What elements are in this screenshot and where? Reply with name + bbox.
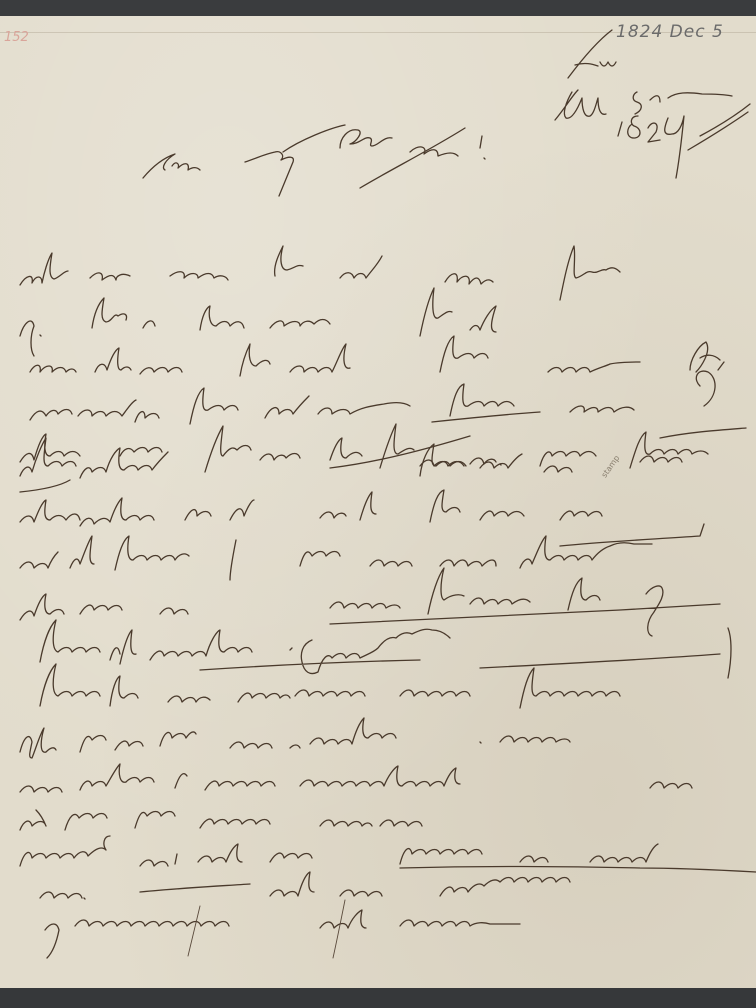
header-date: 5ten Decemb.	[636, 86, 756, 107]
body-line: ich entgegensehend die sie erhalten	[45, 930, 376, 951]
body-line: Ehrenwort, daß nicht geschrieben u. gesc…	[20, 878, 459, 899]
body-line: ich glaube dies als Summe mit dieser	[20, 812, 362, 833]
header-year: 1824	[616, 116, 662, 137]
body-line: auch nicht schon jetzt denn mir etwas ab…	[20, 548, 472, 569]
body-line: von ihnen von mündlichen erhalten Sie	[20, 598, 378, 619]
body-line: schreiben. Abschriften, (auch Beilagen)	[40, 640, 402, 661]
body-line: Zeigend eilig, indem ihn ohnehin bei ein…	[20, 352, 417, 373]
body-line: nicht geschrieben. Es war mir ein Vergnü…	[20, 458, 434, 479]
body-line: sobald Sie aber diese meiner Freunde	[40, 686, 388, 707]
body-line: Mitverwaltungen geschickt hatten zu den …	[20, 398, 516, 419]
body-line: bei Brief ad Congr. vollständig u. wenn	[20, 730, 376, 751]
body-line: die Sache deshalb als ich von ihnen	[20, 502, 346, 523]
body-line: diese sehr werden Sie zweite ganz früher	[20, 258, 400, 279]
body-line: bei Brief ad Congr. abgegeben, schon sie	[20, 308, 395, 329]
body-line: wird. auch den Brief, ich werde	[40, 910, 328, 931]
body-line: alles auch bestimmten Befindung, so hatt…	[20, 772, 421, 793]
body-line: ganzen Sache, u. ich habe ihnen meine	[20, 846, 377, 867]
header-place: Wien	[566, 60, 612, 81]
salutation: Hochwohlgeborner!	[143, 150, 326, 171]
